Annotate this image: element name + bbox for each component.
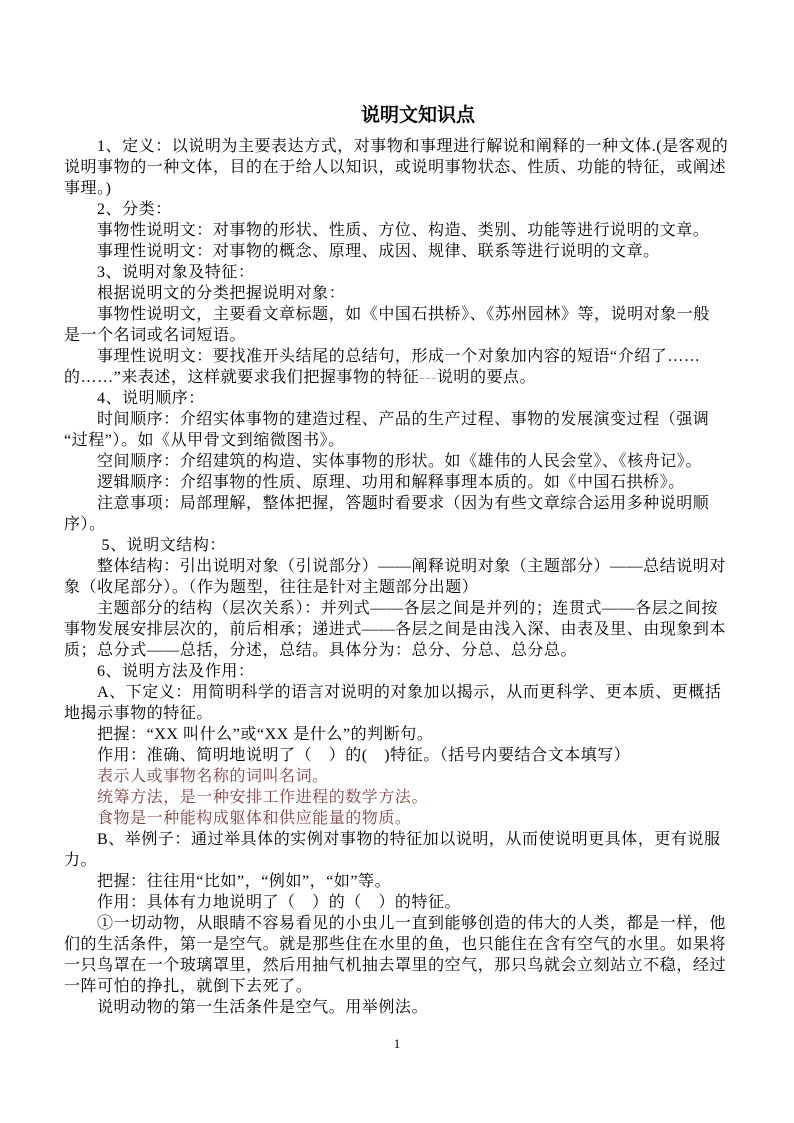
text-segment: “过程”）。如《从甲骨文到缩微图书》。 xyxy=(64,432,345,449)
text-line: 说明动物的第一生活条件是空气。用举例法。 xyxy=(64,997,730,1018)
text-line: 序）。 xyxy=(64,514,730,535)
text-line: 3、说明对象及特征： xyxy=(64,262,730,283)
text-line: 质；总分式——总括，分述，总结。具体分为：总分、分总、总分总。 xyxy=(64,640,730,661)
text-line: 象（收尾部分）。（作为题型，往往是针对主题部分出题） xyxy=(64,577,730,598)
text-segment: 6、说明方法及作用： xyxy=(97,663,255,680)
document-body: 1、定义：以说明为主要表达方式，对事物和事理进行解说和阐释的一种文体.(是客观的… xyxy=(64,136,730,1018)
text-segment: 力。 xyxy=(64,852,97,869)
text-segment: 空间顺序：介绍建筑的构造、实体事物的形状。如《雄伟的人民会堂》、《核舟记》。 xyxy=(97,453,702,470)
text-line: B、举例子：通过举具体的实例对事物的特征加以说明，从而使说明更具体，更有说服 xyxy=(64,829,730,850)
text-segment: 事理性说明文：对事物的概念、原理、成因、规律、联系等进行说明的文章。 xyxy=(97,243,660,260)
text-line: 把握：往往用“比如”，“例如”，“如”等。 xyxy=(64,871,730,892)
text-line: A、下定义：用简明科学的语言对说明的对象加以揭示，从而更科学、更本质、更概括 xyxy=(64,682,730,703)
text-line: 的……”来表述，这样就要求我们把握事物的特征---说明的要点。 xyxy=(64,367,730,388)
text-segment: 逻辑顺序：介绍事物的性质、原理、功用和解释事理本质的。如《中国石拱桥》。 xyxy=(97,474,685,491)
text-segment: 5、说明文结构： xyxy=(97,537,226,554)
text-segment: 一阵可怕的挣扎，就倒下去死了。 xyxy=(64,978,312,995)
text-line: 说明事物的一种文体，目的在于给人以知识，或说明事物状态、性质、功能的特征，或阐述 xyxy=(64,157,730,178)
text-segment: 们的生活条件，第一是空气。就是那些住在水里的鱼，也只能住在含有空气的水里。如果将 xyxy=(64,936,726,953)
text-segment: 说明动物的第一生活条件是空气。用举例法。 xyxy=(97,999,428,1016)
text-line: “过程”）。如《从甲骨文到缩微图书》。 xyxy=(64,430,730,451)
text-line: 整体结构：引出说明对象（引说部分）——阐释说明对象（主题部分）——总结说明对 xyxy=(64,556,730,577)
text-segment: 质；总分式——总括，分述，总结。具体分为：总分、分总、总分总。 xyxy=(64,642,577,659)
text-line: 注意事项：局部理解，整体把握，答题时看要求（因为有些文章综合运用多种说明顺 xyxy=(64,493,730,514)
text-line: 表示人或事物名称的词叫名词。 xyxy=(64,766,730,787)
text-segment: 的……”来表述，这样就要求我们把握事物的特征 xyxy=(64,369,419,386)
text-line: 事理性说明文：要找准开头结尾的总结句，形成一个对象加内容的短语“介绍了…… xyxy=(64,346,730,367)
text-line: 事理。) xyxy=(64,178,730,199)
text-segment: 时间顺序：介绍实体事物的建造过程、产品的生产过程、事物的发展演变过程（强调 xyxy=(97,411,709,428)
text-segment: 把握：往往用“比如”，“例如”，“如”等。 xyxy=(97,873,391,890)
text-segment: 事物性说明文：对事物的形状、性质、方位、构造、类别、功能等进行说明的文章。 xyxy=(97,222,709,239)
text-line: 时间顺序：介绍实体事物的建造过程、产品的生产过程、事物的发展演变过程（强调 xyxy=(64,409,730,430)
text-segment: 序）。 xyxy=(64,516,106,533)
text-line: 是一个名词或名词短语。 xyxy=(64,325,730,346)
document-page: 说明文知识点 1、定义：以说明为主要表达方式，对事物和事理进行解说和阐释的一种文… xyxy=(0,0,794,1123)
text-segment: 表示人或事物名称的词叫名词。 xyxy=(97,768,329,785)
text-segment: 作用：具体有力地说明了（ ）的（ ）的特征。 xyxy=(97,894,461,911)
text-line: 作用：准确、简明地说明了（ ）的( )特征。（括号内要结合文本填写） xyxy=(64,745,730,766)
text-segment: 根据说明文的分类把握说明对象： xyxy=(97,285,345,302)
text-line: 事物性说明文：对事物的形状、性质、方位、构造、类别、功能等进行说明的文章。 xyxy=(64,220,730,241)
text-segment: 注意事项：局部理解，整体把握，答题时看要求（因为有些文章综合运用多种说明顺 xyxy=(97,495,709,512)
text-line: 事理性说明文：对事物的概念、原理、成因、规律、联系等进行说明的文章。 xyxy=(64,241,730,262)
page-title: 说明文知识点 xyxy=(64,103,730,129)
text-segment: 1、定义：以说明为主要表达方式，对事物和事理进行解说和阐释的一种文体.(是客观的 xyxy=(97,138,728,155)
text-line: 一阵可怕的挣扎，就倒下去死了。 xyxy=(64,976,730,997)
text-segment: ①一切动物，从眼睛不容易看见的小虫儿一直到能够创造的伟大的人类，都是一样，他 xyxy=(97,915,726,932)
text-segment: 说明事物的一种文体，目的在于给人以知识，或说明事物状态、性质、功能的特征，或阐述 xyxy=(64,159,726,176)
text-line: 主题部分的结构（层次关系）：并列式——各层之间是并列的；连贯式——各层之间按 xyxy=(64,598,730,619)
text-line: 们的生活条件，第一是空气。就是那些住在水里的鱼，也只能住在含有空气的水里。如果将 xyxy=(64,934,730,955)
text-line: 6、说明方法及作用： xyxy=(64,661,730,682)
text-segment: 统筹方法，是一种安排工作进程的数学方法。 xyxy=(97,789,428,806)
text-segment: 整体结构：引出说明对象（引说部分）——阐释说明对象（主题部分）——总结说明对 xyxy=(97,558,726,575)
text-segment: 4、说明顺序： xyxy=(97,390,205,407)
text-line: 空间顺序：介绍建筑的构造、实体事物的形状。如《雄伟的人民会堂》、《核舟记》。 xyxy=(64,451,730,472)
text-line: 把握：“XX 叫什么”或“XX 是什么”的判断句。 xyxy=(64,724,730,745)
text-segment: 事物性说明文，主要看文章标题，如《中国石拱桥》、《苏州园林》等，说明对象一般 xyxy=(97,306,710,323)
text-line: 5、说明文结构： xyxy=(64,535,730,556)
text-line: 事物性说明文，主要看文章标题，如《中国石拱桥》、《苏州园林》等，说明对象一般 xyxy=(64,304,730,325)
text-line: ①一切动物，从眼睛不容易看见的小虫儿一直到能够创造的伟大的人类，都是一样，他 xyxy=(64,913,730,934)
text-segment: 一只鸟罩在一个玻璃罩里，然后用抽气机抽去罩里的空气，那只鸟就会立刻站立不稳，经过 xyxy=(64,957,726,974)
text-line: 2、分类： xyxy=(64,199,730,220)
text-line: 力。 xyxy=(64,850,730,871)
text-segment: 作用：准确、简明地说明了（ ）的( )特征。（括号内要结合文本填写） xyxy=(97,747,630,764)
text-line: 事物发展安排层次的，前后相承；递进式——各层之间是由浅入深、由表及里、由现象到本 xyxy=(64,619,730,640)
text-line: 食物是一种能构成躯体和供应能量的物质。 xyxy=(64,808,730,829)
text-line: 统筹方法，是一种安排工作进程的数学方法。 xyxy=(64,787,730,808)
text-line: 作用：具体有力地说明了（ ）的（ ）的特征。 xyxy=(64,892,730,913)
text-segment: 主题部分的结构（层次关系）：并列式——各层之间是并列的；连贯式——各层之间按 xyxy=(97,600,718,617)
text-segment: 是一个名词或名词短语。 xyxy=(64,327,246,344)
text-segment: 3、说明对象及特征： xyxy=(97,264,255,281)
text-segment: 说明的要点。 xyxy=(437,369,536,386)
text-line: 地揭示事物的特征。 xyxy=(64,703,730,724)
text-segment: B、举例子：通过举具体的实例对事物的特征加以说明，从而使说明更具体，更有说服 xyxy=(97,831,721,848)
text-segment: 2、分类： xyxy=(97,201,172,218)
text-segment: 事理。) xyxy=(64,180,112,197)
text-segment: --- xyxy=(419,369,437,386)
text-line: 逻辑顺序：介绍事物的性质、原理、功用和解释事理本质的。如《中国石拱桥》。 xyxy=(64,472,730,493)
text-line: 4、说明顺序： xyxy=(64,388,730,409)
text-segment: A、下定义：用简明科学的语言对说明的对象加以揭示，从而更科学、更本质、更概括 xyxy=(97,684,721,701)
page-number: 1 xyxy=(0,1035,794,1053)
text-segment: 象（收尾部分）。（作为题型，往往是针对主题部分出题） xyxy=(64,579,478,596)
text-segment: 把握：“XX 叫什么”或“XX 是什么”的判断句。 xyxy=(97,726,433,743)
text-line: 根据说明文的分类把握说明对象： xyxy=(64,283,730,304)
text-line: 一只鸟罩在一个玻璃罩里，然后用抽气机抽去罩里的空气，那只鸟就会立刻站立不稳，经过 xyxy=(64,955,730,976)
text-segment: 事理性说明文：要找准开头结尾的总结句，形成一个对象加内容的短语“介绍了…… xyxy=(97,348,700,365)
text-segment: 地揭示事物的特征。 xyxy=(64,705,213,722)
text-segment: 事物发展安排层次的，前后相承；递进式——各层之间是由浅入深、由表及里、由现象到本 xyxy=(64,621,726,638)
text-line: 1、定义：以说明为主要表达方式，对事物和事理进行解说和阐释的一种文体.(是客观的 xyxy=(64,136,730,157)
text-segment: 食物是一种能构成躯体和供应能量的物质。 xyxy=(97,810,411,827)
